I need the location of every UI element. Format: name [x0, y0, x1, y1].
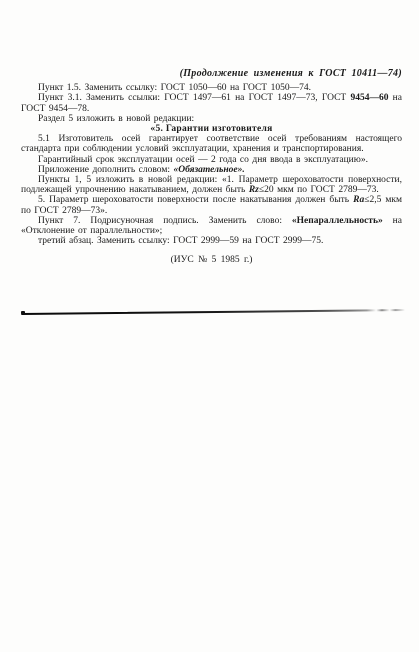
ius-footer-note: (ИУС № 5 1985 г.) — [21, 255, 402, 265]
text-run-rz: Rz — [249, 185, 259, 195]
scanned-gost-amendment-page: (Продолжение изменения к ГОСТ 10411—74) … — [0, 0, 419, 652]
text-run: 5. Параметр шероховатости поверхности по… — [38, 195, 353, 205]
paragraph-punkt-7: Пункт 7. Подрисуночная подпись. Заменить… — [21, 216, 402, 236]
paragraph-param-5: 5. Параметр шероховатости поверхности по… — [21, 195, 402, 215]
text-run-bold: «Непараллельность» — [292, 216, 383, 226]
paragraph-tretiy-abzac: третий абзац. Заменить ссылку: ГОСТ 2999… — [21, 236, 402, 246]
text-run: Пункт 3.1. Заменить ссылки: ГОСТ 1497—61… — [38, 93, 350, 103]
text-run-bold-italic: «Обязательное». — [173, 165, 244, 175]
paragraph-punkt-1-5: Пункт 1.5. Заменить ссылку: ГОСТ 1050—60… — [21, 83, 402, 93]
divider-left-tick — [21, 311, 25, 314]
text-run-ra: Ra — [353, 195, 364, 205]
paragraph-punkt-3-1: Пункт 3.1. Заменить ссылки: ГОСТ 1497—61… — [21, 93, 402, 113]
section-5-heading: «5. Гарантии изготовителя — [21, 124, 402, 134]
paragraph-warranty-term: Гарантийный срок эксплуатации осей — 2 г… — [21, 155, 402, 165]
text-run: ≤20 мкм по ГОСТ 2789—73. — [259, 185, 379, 195]
text-column: (Продолжение изменения к ГОСТ 10411—74) … — [21, 69, 402, 266]
continuation-note: (Продолжение изменения к ГОСТ 10411—74) — [21, 69, 402, 79]
text-run: Пункт 7. Подрисуночная подпись. Заменить… — [38, 216, 292, 226]
text-run: Приложение дополнить словом: — [38, 165, 173, 175]
bottom-divider-line — [21, 309, 405, 315]
paragraph-punkty-1-5: Пункты 1, 5 изложить в новой редакции: «… — [21, 175, 402, 195]
text-run-bold: 9454—60 — [350, 93, 388, 103]
paragraph-5-1-warranty: 5.1 Изготовитель осей гарантирует соотве… — [21, 134, 402, 154]
paragraph-prilozhenie: Приложение дополнить словом: «Обязательн… — [21, 165, 402, 175]
paragraph-razdel-5: Раздел 5 изложить в новой редакции: — [21, 114, 402, 124]
